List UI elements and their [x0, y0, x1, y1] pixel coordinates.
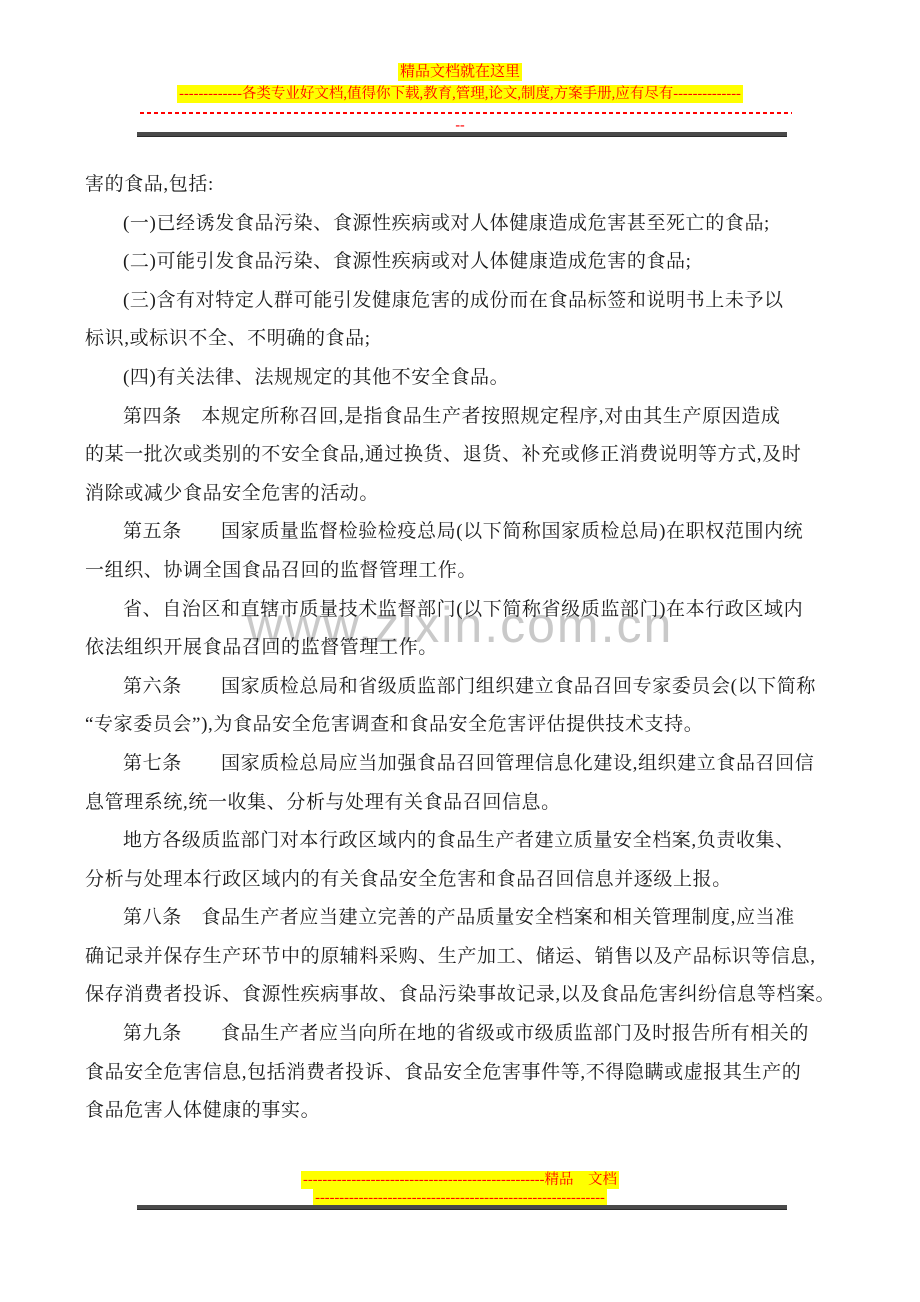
- body-line: 消除或减少食品安全危害的活动。: [85, 475, 837, 514]
- footer-rule: [137, 1205, 787, 1210]
- header-promo-line-1: 精品文档就在这里: [398, 63, 522, 81]
- body-line: 第八条 食品生产者应当建立完善的产品质量安全档案和相关管理制度,应当准: [85, 899, 837, 938]
- body-line: 害的食品,包括:: [85, 166, 837, 205]
- body-line: 息管理系统,统一收集、分析与处理有关食品召回信息。: [85, 784, 837, 823]
- body-line: 一组织、协调全国食品召回的监督管理工作。: [85, 552, 837, 591]
- body-line: 第五条 国家质量监督检验检疫总局(以下简称国家质检总局)在职权范围内统: [85, 513, 837, 552]
- body-line: (三)含有对特定人群可能引发健康危害的成份而在食品标签和说明书上未予以: [85, 282, 837, 321]
- body-line: 依法组织开展食品召回的监督管理工作。: [85, 629, 837, 668]
- header-promo-line-2: -------------各类专业好文档,值得你下载,教育,管理,论文,制度,方…: [177, 85, 743, 103]
- body-line: 的某一批次或类别的不安全食品,通过换货、退货、补充或修正消费说明等方式,及时: [85, 436, 837, 475]
- body-line: 标识,或标识不全、不明确的食品;: [85, 320, 837, 359]
- body-line: 第六条 国家质检总局和省级质监部门组织建立食品召回专家委员会(以下简称: [85, 668, 837, 707]
- body-line: “专家委员会”),为食品安全危害调查和食品安全危害评估提供技术支持。: [85, 706, 837, 745]
- body-line: 保存消费者投诉、食源性疾病事故、食品污染事故记录,以及食品危害纠纷信息等档案。: [85, 976, 837, 1015]
- document-page: 精品文档就在这里 -------------各类专业好文档,值得你下载,教育,管…: [0, 0, 920, 1302]
- body-line: 食品安全危害信息,包括消费者投诉、食品安全危害事件等,不得隐瞒或虚报其生产的: [85, 1054, 837, 1093]
- footer-promo-line-1: ----------------------------------------…: [301, 1171, 619, 1189]
- body-line: 第四条 本规定所称召回,是指食品生产者按照规定程序,对由其生产原因造成: [85, 398, 837, 437]
- body-line: (一)已经诱发食品污染、食源性疾病或对人体健康造成危害甚至死亡的食品;: [85, 205, 837, 244]
- body-line: 省、自治区和直辖市质量技术监督部门(以下简称省级质监部门)在本行政区域内: [85, 591, 837, 630]
- body-line: (二)可能引发食品污染、食源性疾病或对人体健康造成危害的食品;: [85, 243, 837, 282]
- body-line: 第九条 食品生产者应当向所在地的省级或市级质监部门及时报告所有相关的: [85, 1015, 837, 1054]
- body-line: 分析与处理本行政区域内的有关食品安全危害和食品召回信息并逐级上报。: [85, 861, 837, 900]
- header-rule: [137, 132, 787, 137]
- header-promo-row-1: 精品文档就在这里: [0, 62, 920, 82]
- document-body: 害的食品,包括: (一)已经诱发食品污染、食源性疾病或对人体健康造成危害甚至死亡…: [85, 166, 837, 1131]
- body-line: 确记录并保存生产环节中的原辅料采购、生产加工、储运、销售以及产品标识等信息,: [85, 938, 837, 977]
- body-line: 食品危害人体健康的事实。: [85, 1092, 837, 1131]
- red-dashed-separator: [140, 112, 792, 114]
- footer-promo-row-1: ----------------------------------------…: [0, 1171, 920, 1189]
- body-line: (四)有关法律、法规规定的其他不安全食品。: [85, 359, 837, 398]
- header-promo-row-2: -------------各类专业好文档,值得你下载,教育,管理,论文,制度,方…: [0, 84, 920, 104]
- body-line: 第七条 国家质检总局应当加强食品召回管理信息化建设,组织建立食品召回信: [85, 745, 837, 784]
- body-line: 地方各级质监部门对本行政区域内的食品生产者建立质量安全档案,负责收集、: [85, 822, 837, 861]
